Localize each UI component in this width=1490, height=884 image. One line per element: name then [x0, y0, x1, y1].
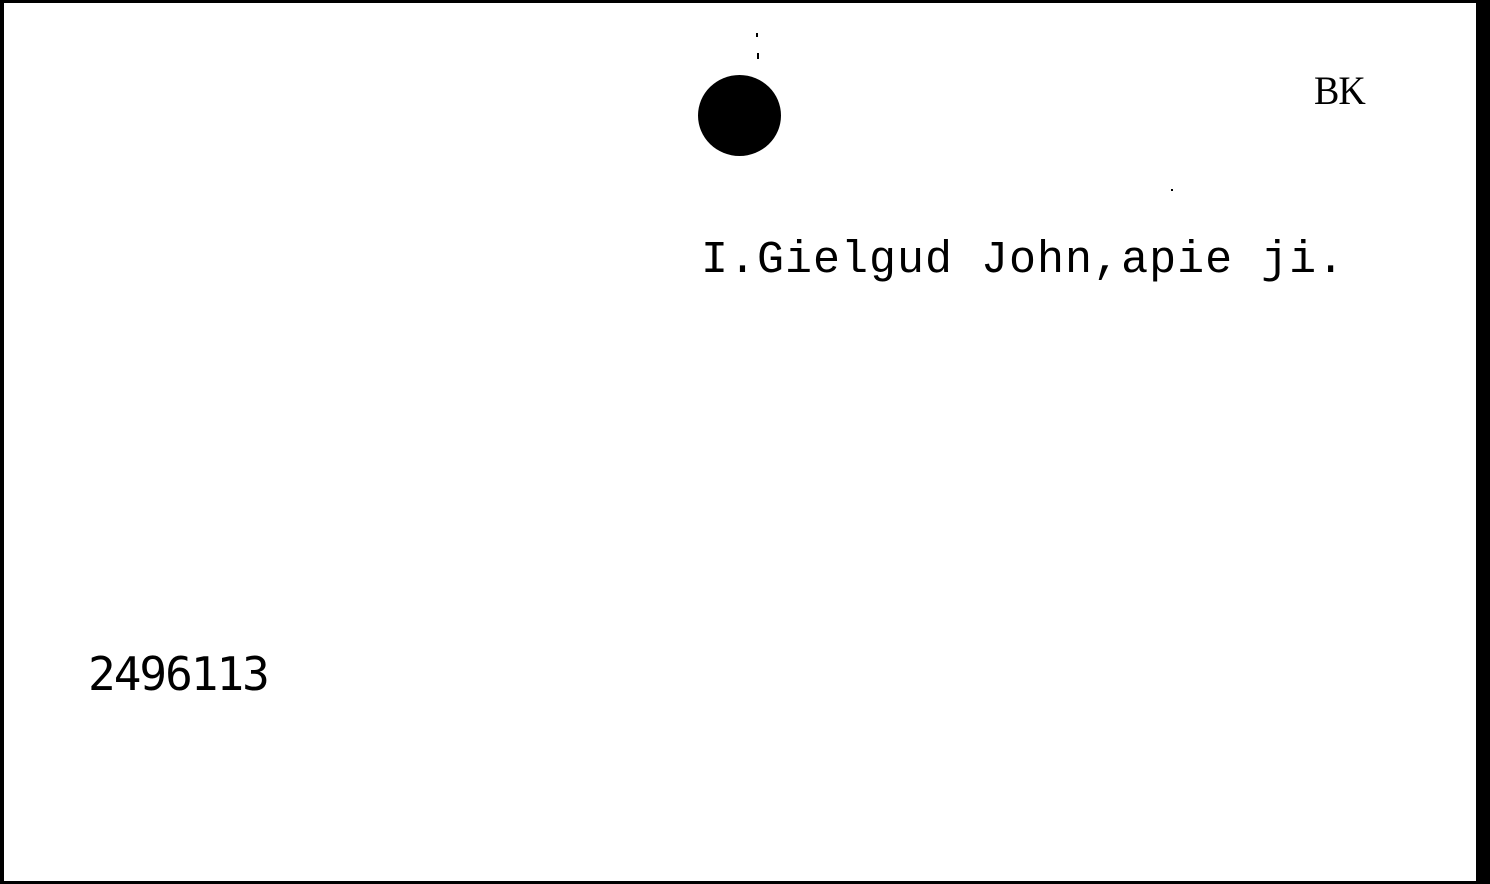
card-code: BK [1314, 67, 1365, 114]
index-card: BK I.Gielgud John,apie ji. 2496113 [4, 3, 1476, 881]
card-entry: I.Gielgud John,apie ji. [701, 235, 1345, 286]
ink-speck [1171, 189, 1173, 191]
catalog-number: 2496113 [88, 647, 268, 701]
ink-speck [757, 53, 759, 59]
ink-speck [756, 33, 758, 37]
punch-hole [698, 75, 781, 156]
